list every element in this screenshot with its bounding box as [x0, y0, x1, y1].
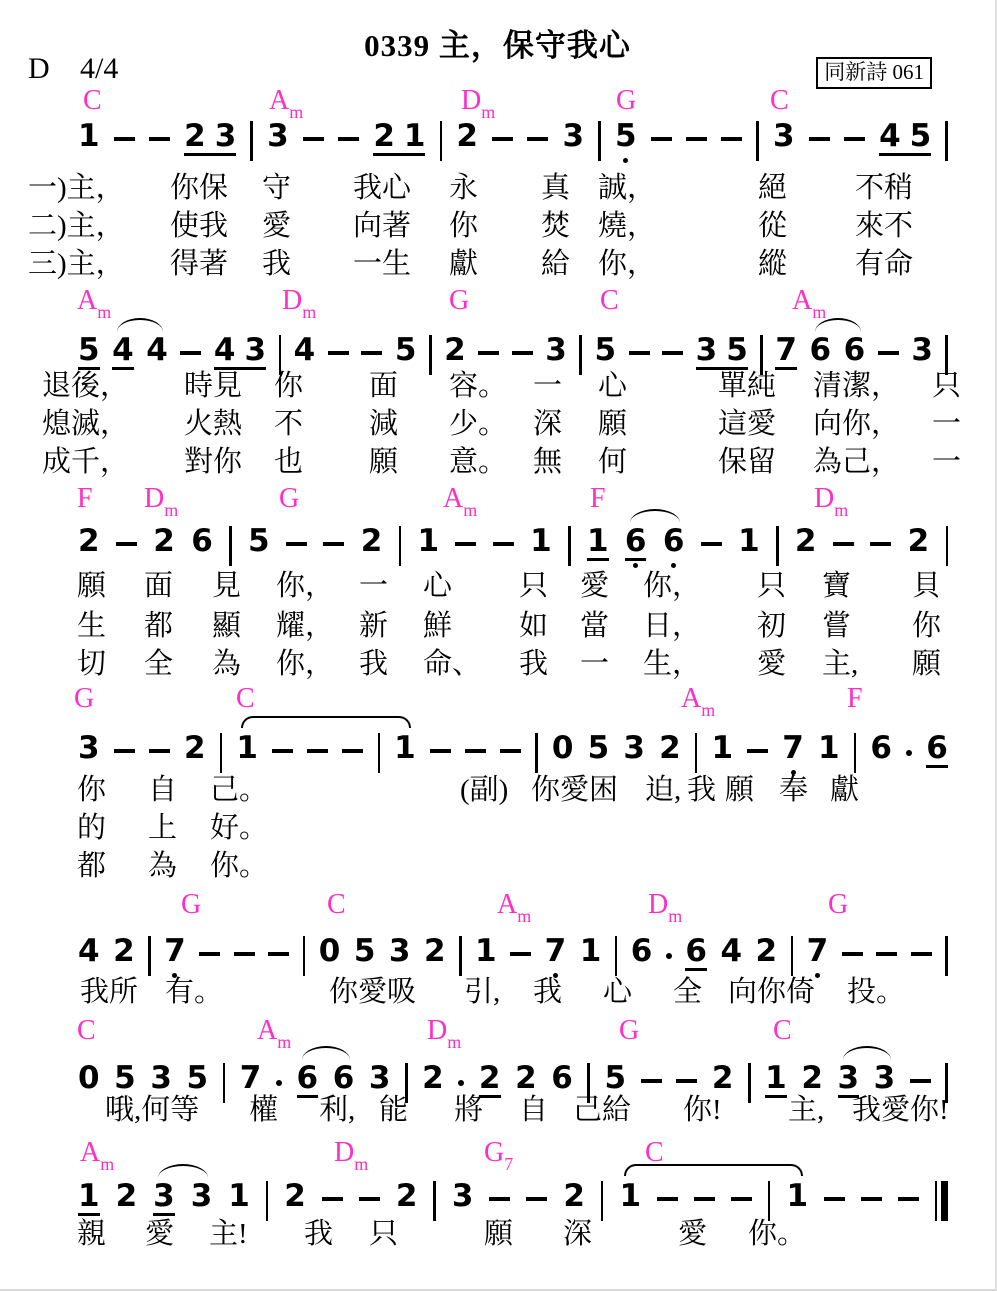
- note: 1: [738, 524, 760, 570]
- dash: [662, 351, 683, 356]
- dash: [721, 137, 742, 142]
- lyric-word: 誠，: [598, 172, 656, 204]
- lyric-word: 二)主，: [28, 210, 125, 242]
- dash: [116, 542, 137, 547]
- note-digit: 5: [395, 333, 417, 367]
- dash: [465, 749, 486, 754]
- chord-label: Am: [792, 286, 826, 316]
- lyric-word: 迫,: [645, 774, 681, 806]
- augmentation-dot: [458, 1080, 464, 1086]
- barline: [945, 121, 948, 161]
- note-digits: 1: [236, 731, 258, 768]
- note-digit: 3: [267, 119, 289, 153]
- lyric-word: 真: [541, 172, 570, 204]
- lyric-word: 生，: [643, 648, 701, 680]
- slur-arc: [158, 1164, 208, 1178]
- note-digits: 1: [711, 731, 733, 768]
- note: 2: [153, 524, 175, 570]
- barline: [615, 936, 618, 976]
- note-digit: 1: [417, 524, 439, 558]
- chord-label: Am: [77, 286, 111, 316]
- lyric-word: 單純: [718, 370, 776, 402]
- note: 23: [184, 119, 236, 165]
- lyric-word: 引,: [464, 976, 500, 1008]
- music-line: 2265211166122: [78, 508, 948, 570]
- note-digits: 2: [424, 934, 446, 971]
- lyric-word: 無: [533, 446, 562, 478]
- note-digits: 6: [297, 1061, 319, 1098]
- lyric-word: 主,: [788, 1094, 824, 1126]
- note-digits: 5: [605, 1061, 627, 1098]
- lyric-word: 只: [932, 370, 961, 402]
- note-digit: 3: [245, 333, 267, 367]
- dash: [842, 952, 863, 957]
- note-digit: 5: [726, 333, 748, 367]
- note-digits: 1: [619, 1179, 641, 1216]
- note-digits: 3: [545, 333, 567, 370]
- note-digit: 2: [659, 731, 681, 765]
- note-digit: 2: [444, 333, 466, 367]
- lyric-word: 焚: [541, 210, 570, 242]
- lyric-word: 一生: [353, 248, 411, 280]
- note-digit: 3: [78, 731, 100, 765]
- note-digits: 3: [150, 1061, 172, 1098]
- barline: [229, 526, 232, 566]
- note-digits: 3: [369, 1061, 391, 1098]
- lyric-word: 你: [449, 210, 478, 242]
- barline: [250, 121, 253, 161]
- dash: [731, 1197, 752, 1202]
- octave-dot-slot: [745, 561, 753, 570]
- note-digit: 2: [908, 524, 930, 558]
- lyric-word: 你，: [276, 570, 334, 602]
- note-digits: 2: [78, 524, 100, 561]
- note-digit: 1: [818, 731, 840, 765]
- chord-label: G: [181, 890, 201, 920]
- note-digits: 6: [631, 934, 653, 971]
- note-digits: 3: [623, 731, 645, 768]
- lyric-word: 你愛困: [531, 774, 618, 806]
- lyric-word: 當: [580, 610, 609, 642]
- lyric-word: 願: [725, 774, 754, 806]
- note-digit: 4: [112, 333, 134, 367]
- note-digit: 7: [164, 934, 186, 968]
- note-digit: 5: [187, 1061, 209, 1095]
- barline: [945, 936, 948, 976]
- note-digits: 2: [184, 731, 206, 768]
- note-digit: 3: [369, 1061, 391, 1095]
- lyric-word: 一: [580, 648, 609, 680]
- lyric-word: 耀，: [276, 610, 334, 642]
- lyric-word: 切: [77, 648, 106, 680]
- note-digits: 43: [214, 333, 266, 370]
- barline: [791, 936, 794, 976]
- lyric-word: 向著: [353, 210, 411, 242]
- note: 7: [164, 934, 186, 980]
- lyric-word: 深: [563, 1218, 592, 1250]
- note-digit: 6: [810, 333, 832, 367]
- lyric-word: 深: [533, 408, 562, 440]
- lyric-word: 有命: [855, 248, 913, 280]
- note-digits: 3: [452, 1179, 474, 1216]
- lyric-word: 獻: [830, 774, 859, 806]
- lyric-word: 也: [274, 446, 303, 478]
- note-digit: 1: [765, 1061, 787, 1095]
- lyric-word: 火熱: [184, 408, 242, 440]
- lyric-word: 一: [932, 446, 961, 478]
- note: 1: [78, 119, 100, 165]
- lyric-word: 權: [249, 1094, 278, 1126]
- dash: [526, 1197, 547, 1202]
- dash: [676, 1079, 697, 1084]
- note-digits: 4: [78, 934, 100, 971]
- lyric-word: 容。: [449, 370, 507, 402]
- lyric-word: 絕: [758, 172, 787, 204]
- octave-dot-slot: [463, 156, 471, 165]
- note-digits: 6: [191, 524, 213, 561]
- lyric-word: 能: [379, 1094, 408, 1126]
- key-signature: D: [28, 52, 50, 86]
- lyric-word: 新: [359, 610, 388, 642]
- lyric-row: 你自己。(副)你愛困迫,我願奉獻: [0, 774, 995, 810]
- note-digits: 5: [248, 524, 270, 561]
- note-digits: 6: [625, 524, 647, 561]
- lyric-word: 貝: [912, 570, 941, 602]
- note: 7: [545, 934, 567, 980]
- note-digit: 5: [588, 731, 610, 765]
- note: 6: [870, 731, 892, 777]
- note-digit: 1: [394, 731, 416, 765]
- lyric-row: 二)主，使我愛向著你焚燒，從來不: [0, 210, 995, 246]
- note-digit: 2: [153, 524, 175, 558]
- note: 3: [267, 119, 289, 165]
- note: 2: [659, 731, 681, 777]
- note-digits: 2: [396, 1179, 418, 1216]
- lyric-word: 退後，: [42, 370, 129, 402]
- chord-label: G: [449, 286, 469, 316]
- lyric-word: 自: [148, 774, 177, 806]
- dash: [844, 137, 865, 142]
- lyric-row: 親愛主!我只願深愛你。: [0, 1218, 995, 1254]
- dash: [833, 542, 854, 547]
- note: 5: [588, 731, 610, 777]
- note-digits: 6: [551, 1061, 573, 1098]
- octave-dot-slot: [206, 156, 214, 165]
- note: 7: [782, 731, 804, 777]
- lyric-word: 都: [144, 610, 173, 642]
- note-digit: 2: [284, 1179, 306, 1213]
- lyric-word: 只: [757, 570, 786, 602]
- dash: [629, 351, 650, 356]
- low-octave-dot: [670, 561, 678, 570]
- barline: [399, 526, 402, 566]
- barline: [148, 936, 151, 976]
- chord-label: G: [619, 1016, 639, 1046]
- note-digits: 1: [818, 731, 840, 768]
- note: 45: [879, 119, 931, 165]
- octave-dot-slot: [395, 156, 403, 165]
- lyric-word: 我心: [353, 172, 411, 204]
- note-digits: 7: [807, 934, 829, 971]
- lyric-word: 心: [423, 570, 452, 602]
- augmentation-dot: [906, 750, 912, 756]
- lyric-word: 我: [359, 648, 388, 680]
- note: 1: [236, 731, 258, 777]
- note-digits: 2: [795, 524, 817, 561]
- note-digits: 1: [765, 1061, 787, 1098]
- note-digits: 5: [615, 119, 637, 156]
- lyric-word: 何: [598, 446, 627, 478]
- note-digits: 5: [78, 333, 100, 370]
- lyric-word: 我: [304, 1218, 333, 1250]
- lyric-word: 我所: [80, 976, 138, 1008]
- note: 2: [78, 524, 100, 570]
- dash: [898, 1197, 919, 1202]
- note: 1: [580, 934, 602, 980]
- note-digits: 1: [580, 934, 602, 971]
- dash: [342, 749, 363, 754]
- lyric-word: 顯: [212, 610, 241, 642]
- lyric-word: 你。: [210, 850, 268, 882]
- lyric-word: 為己，: [813, 446, 900, 478]
- note-digits: 23: [184, 119, 236, 156]
- note-digits: 7: [164, 934, 186, 971]
- dash: [747, 749, 768, 754]
- lyric-word: 全: [673, 976, 702, 1008]
- note-digits: 3: [267, 119, 289, 156]
- lyric-row: 都為你。: [0, 850, 995, 886]
- note-digit: 2: [184, 731, 206, 765]
- lyric-word: 愛: [678, 1218, 707, 1250]
- lyric-word: 你愛吸: [329, 976, 416, 1008]
- note-digit: 1: [236, 731, 258, 765]
- octave-dot-slot: [198, 561, 206, 570]
- lyric-word: (副): [460, 774, 508, 806]
- octave-dot-slot: [594, 561, 602, 570]
- note-digits: 1: [78, 119, 100, 156]
- lyric-word: 向你倚: [728, 976, 815, 1008]
- lyric-word: 只: [369, 1218, 398, 1250]
- lyric-word: 都: [77, 850, 106, 882]
- lyric-word: 三)主，: [28, 248, 125, 280]
- note-digit: 1: [475, 934, 497, 968]
- chord-label: Am: [497, 890, 531, 920]
- lyric-word: 使我: [170, 210, 228, 242]
- lyric-word: 來不: [855, 210, 913, 242]
- sheet-music-page: 0339 主，保守我心 D 4/4 同新詩 061 CAmDmGC1233212…: [0, 0, 997, 1291]
- lyric-word: 你，: [643, 570, 701, 602]
- music-line: 123321235345: [78, 103, 948, 165]
- lyric-word: 你。: [748, 1218, 806, 1250]
- note-digits: 2: [422, 1061, 444, 1098]
- note-digit: 4: [720, 934, 742, 968]
- note-digits: 1: [417, 524, 439, 561]
- note-digit: 1: [619, 1179, 641, 1213]
- chord-label: Am: [257, 1016, 291, 1046]
- note-digits: 6: [663, 524, 685, 561]
- note-digit: 3: [191, 1179, 213, 1213]
- lyric-row: 成千，對你也願意。無何保留為己，一: [0, 446, 995, 482]
- lyric-word: 願: [77, 570, 106, 602]
- lyric-word: 一: [932, 408, 961, 440]
- dash: [493, 542, 514, 547]
- time-signature: 4/4: [80, 52, 118, 86]
- dash: [307, 749, 328, 754]
- note-digits: 2: [116, 1179, 138, 1216]
- note-digits: 3: [389, 934, 411, 971]
- barline: [601, 1181, 604, 1221]
- lyric-word: 獻: [449, 248, 478, 280]
- dash: [500, 749, 521, 754]
- note-digits: 2: [113, 934, 135, 971]
- note-digit: 2: [373, 119, 395, 153]
- note: 2: [456, 119, 478, 165]
- note: 3: [773, 119, 795, 165]
- note-digit: 7: [240, 1061, 262, 1095]
- octave-dot-slot: [802, 561, 810, 570]
- note: 3: [78, 731, 100, 777]
- note-digits: 7: [240, 1061, 262, 1098]
- barline: [695, 733, 698, 773]
- slur-arc: [302, 1046, 350, 1060]
- note-digit: 6: [631, 934, 653, 968]
- note-digit: 6: [844, 333, 866, 367]
- dash: [809, 137, 830, 142]
- barline: [429, 335, 432, 375]
- note-digit: 1: [786, 1179, 808, 1213]
- slur-arc: [843, 1046, 891, 1060]
- note-digit: 1: [78, 119, 100, 153]
- lyric-word: 你: [912, 610, 941, 642]
- chord-row: AmDmGCAm: [0, 286, 995, 320]
- note-digits: 1: [587, 524, 609, 561]
- note-digits: 6: [685, 934, 707, 971]
- music-line: 12331223211: [78, 1163, 948, 1225]
- note-digit: 2: [116, 1179, 138, 1213]
- dash: [878, 351, 899, 356]
- barline: [756, 121, 759, 161]
- thick-bar: [941, 1181, 948, 1221]
- octave-dot-slot: [569, 156, 577, 165]
- note-digit: 6: [551, 1061, 573, 1095]
- note-digits: 7: [775, 333, 797, 370]
- note-digits: 1: [394, 731, 416, 768]
- dash: [338, 137, 359, 142]
- lyric-word: 你，: [276, 648, 334, 680]
- note-digits: 3: [773, 119, 795, 156]
- barline: [776, 526, 779, 566]
- lyric-row: 我所有。你愛吸引,我心全向你倚投。: [0, 976, 995, 1012]
- lyric-word: 我: [687, 774, 716, 806]
- octave-dot-slot: [255, 561, 263, 570]
- lyric-word: 一: [533, 370, 562, 402]
- lyric-row: 切全為你，我命、我一生，愛主,願: [0, 648, 995, 684]
- note: 6: [926, 731, 948, 777]
- barline: [459, 936, 462, 976]
- note: 1: [711, 731, 733, 777]
- lyric-word: 心: [603, 976, 632, 1008]
- chord-label: Dm: [648, 890, 682, 920]
- note: 2: [361, 524, 383, 570]
- dash: [361, 351, 382, 356]
- lyric-word: 我: [262, 248, 291, 280]
- lyric-word: 願: [912, 648, 941, 680]
- lyric-word: 一)主，: [28, 172, 125, 204]
- lyric-word: 熄滅，: [42, 408, 129, 440]
- note-digits: 1: [78, 1179, 100, 1216]
- dash: [876, 952, 897, 957]
- note-digit: 0: [78, 1061, 100, 1095]
- dash: [180, 351, 201, 356]
- chord-label: C: [77, 1016, 96, 1046]
- lyric-word: 寶: [822, 570, 851, 602]
- note: 3: [389, 934, 411, 980]
- chord-label: G: [74, 684, 94, 714]
- lyric-word: 全: [144, 648, 173, 680]
- note-digit: 7: [545, 934, 567, 968]
- lyric-word: 不稍: [855, 172, 913, 204]
- chord-label: C: [773, 1016, 792, 1046]
- octave-dot-slot: [274, 156, 282, 165]
- lyric-word: 向你，: [813, 408, 900, 440]
- note-digit: 2: [361, 524, 383, 558]
- note-digits: 2: [563, 1179, 585, 1216]
- note-digits: 2: [284, 1179, 306, 1216]
- lyric-word: 日，: [643, 610, 701, 642]
- note-digit: 5: [615, 119, 637, 153]
- dash: [323, 542, 344, 547]
- dash: [199, 952, 220, 957]
- note: 2: [908, 524, 930, 570]
- note: 7: [807, 934, 829, 980]
- dash: [492, 137, 513, 142]
- lyric-word: 願: [369, 446, 398, 478]
- note-digits: 6: [926, 731, 948, 768]
- lyric-word: 我: [519, 648, 548, 680]
- note-digit: 3: [696, 333, 718, 367]
- chord-label: C: [600, 286, 619, 316]
- tie-arc: [624, 1164, 803, 1176]
- note-digit: 2: [756, 934, 778, 968]
- note-digits: 1: [475, 934, 497, 971]
- note-digits: 2: [756, 934, 778, 971]
- note: 2: [756, 934, 778, 980]
- lyric-word: 願: [484, 1218, 513, 1250]
- note-digit: 0: [319, 934, 341, 968]
- lyric-word: 利,: [319, 1094, 355, 1126]
- note: 1: [818, 731, 840, 777]
- lyric-row: 願面見你，一心只愛你，只寶貝: [0, 570, 995, 606]
- note-digit: 5: [114, 1061, 136, 1095]
- chord-label: G: [828, 890, 848, 920]
- note-digit: 3: [773, 119, 795, 153]
- dash: [910, 1079, 931, 1084]
- final-barline: [935, 1181, 948, 1221]
- lyric-word: 面: [144, 570, 173, 602]
- note-digit: 6: [685, 934, 707, 968]
- lyric-word: 成千，: [42, 446, 129, 478]
- lyric-word: 好。: [210, 812, 268, 844]
- chord-label: Dm: [282, 286, 316, 316]
- dash: [824, 1197, 845, 1202]
- lyric-word: 這愛: [718, 408, 776, 440]
- note-digit: 4: [214, 333, 236, 367]
- note-digits: 1: [738, 524, 760, 561]
- note-digits: 6: [870, 731, 892, 768]
- barline: [535, 733, 538, 773]
- note-digits: 3: [838, 1061, 860, 1098]
- barline: [760, 335, 763, 375]
